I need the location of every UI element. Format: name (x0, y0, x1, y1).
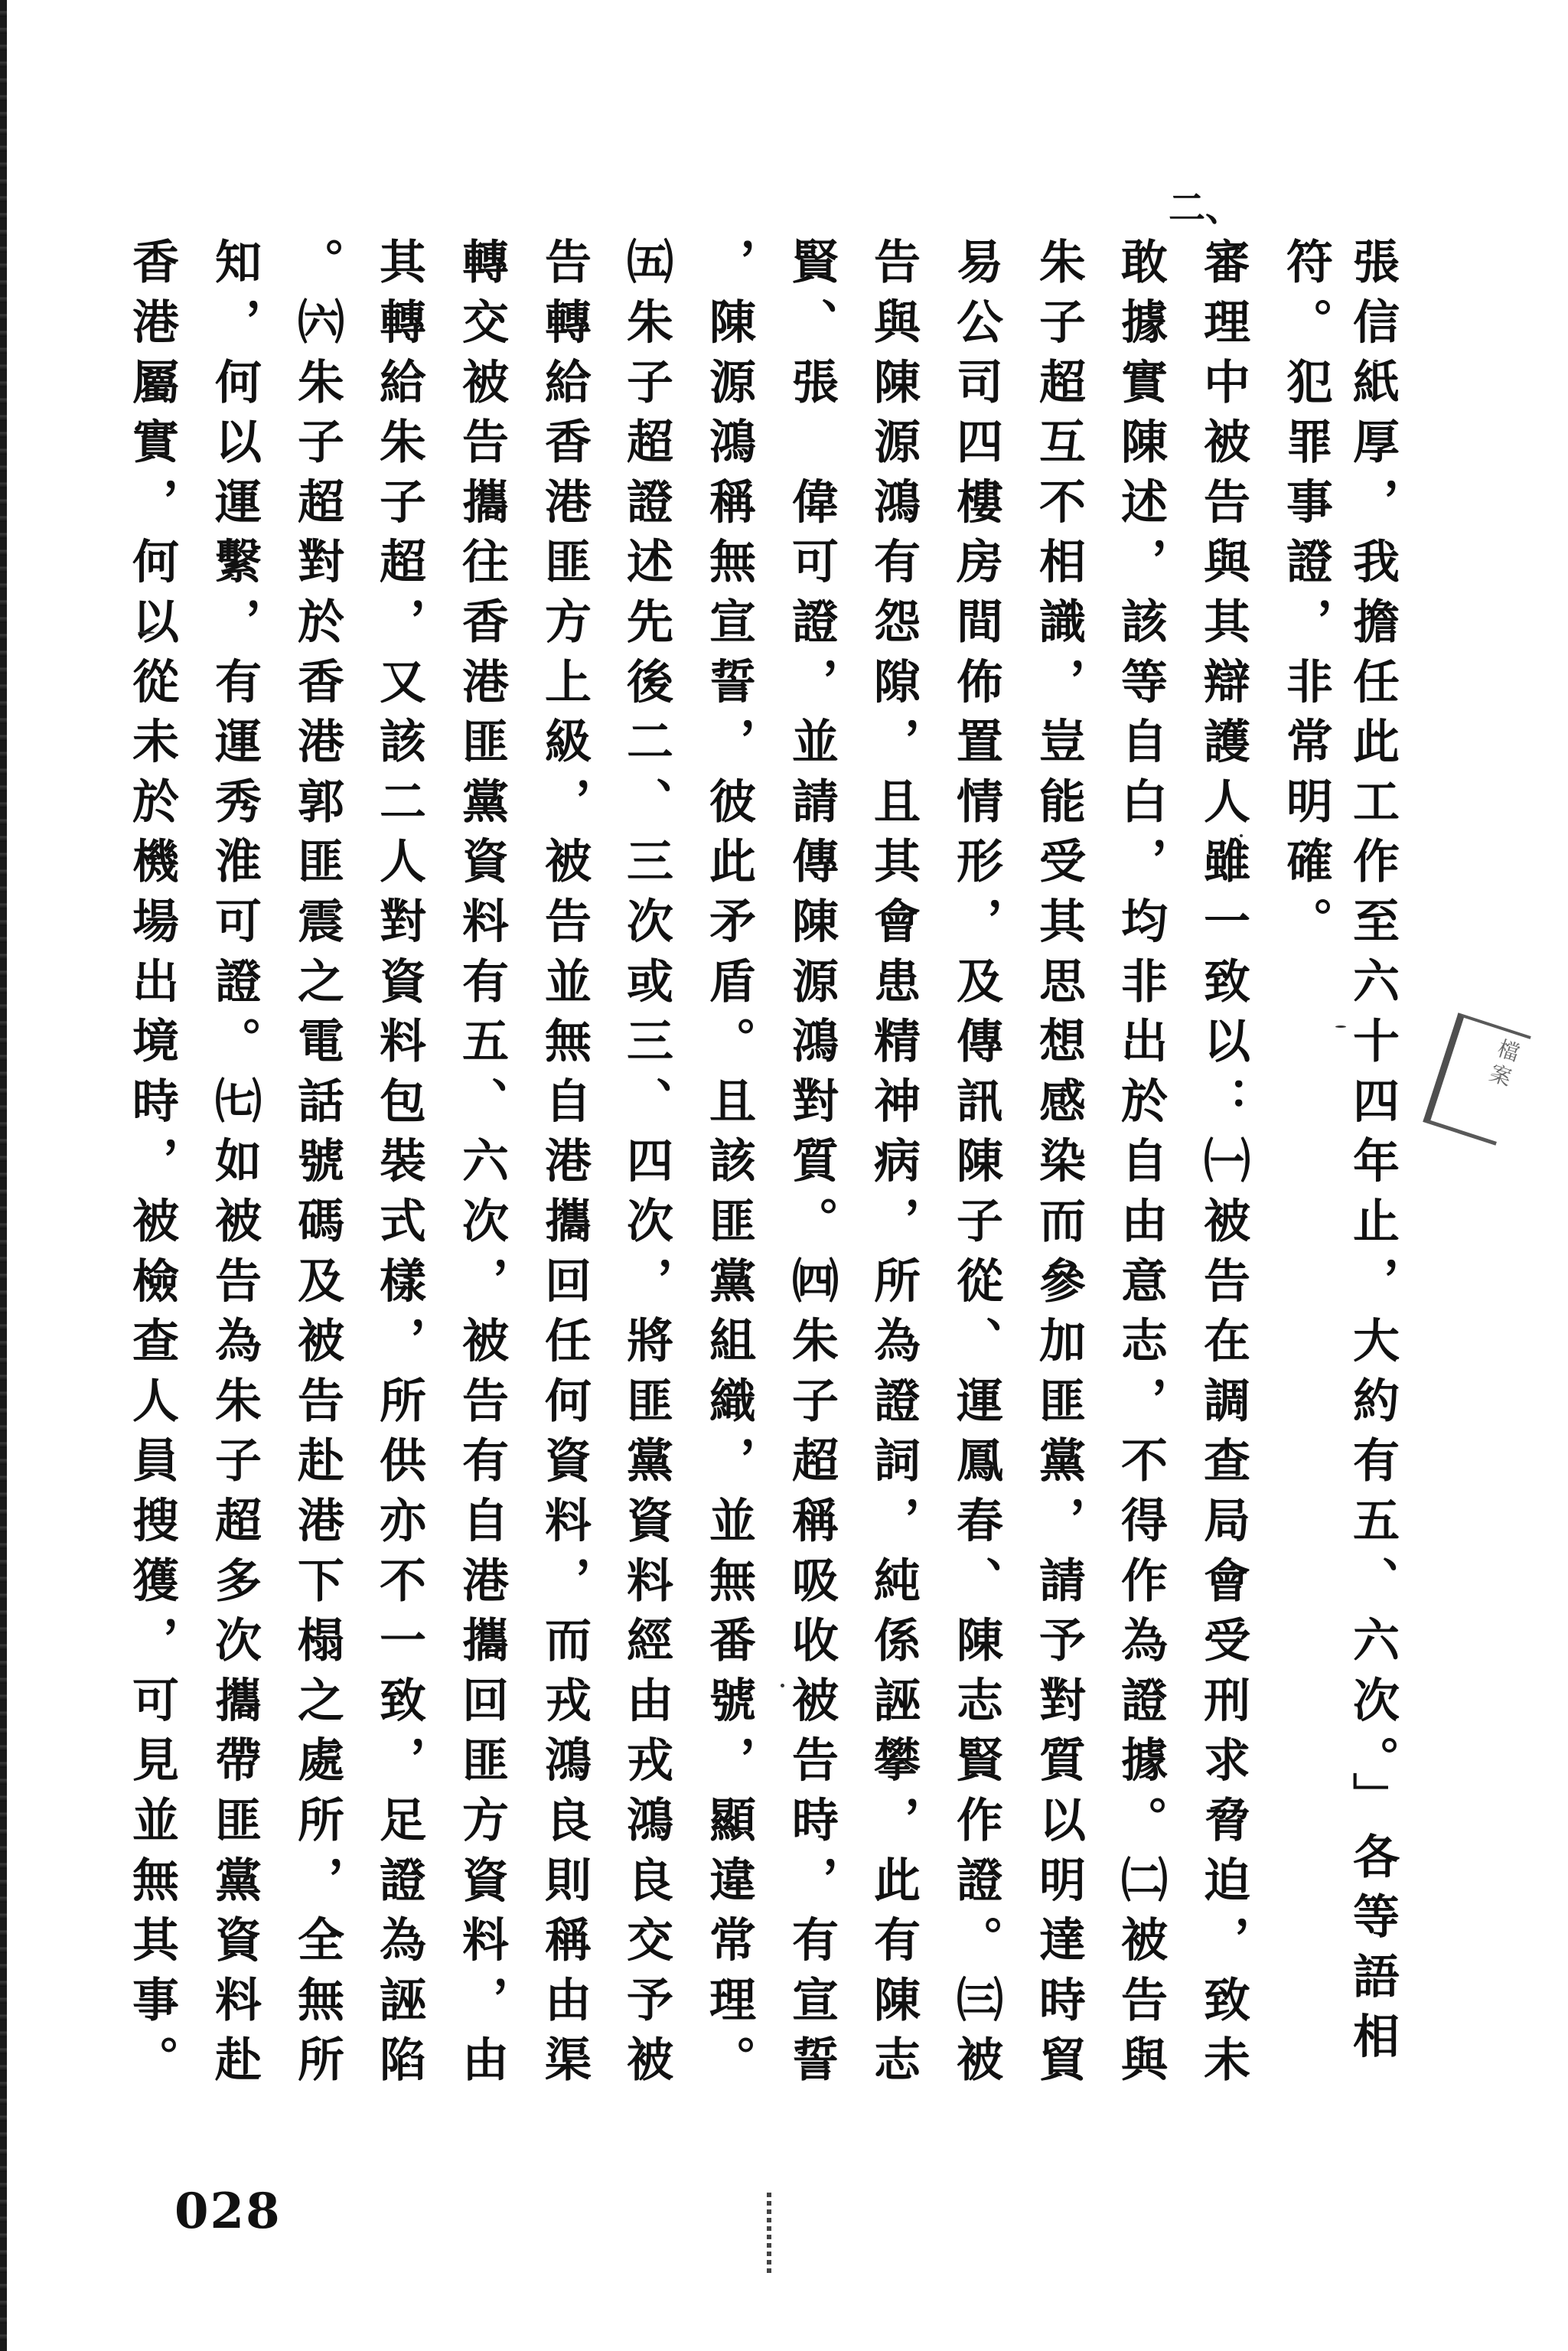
document-body: 張信紙厚，我擔任此工作至六十四年止，大約有五、六次。」各等語相符。犯罪事證，非常… (0, 237, 1568, 2112)
text-column: 審理中被告與其辯護人雖一致以：㈠被告在調查局會受刑求脅迫，致未 (1192, 237, 1253, 2095)
text-column: 。㈥朱子超對於香港郭匪震之電話號碼及被告赴港下榻之處所，全無所 (286, 237, 347, 2095)
text-column: 朱子超互不相識，豈能受其思想感染而參加匪黨，請予對質以明達時貿 (1028, 237, 1089, 2095)
text-column: 告轉給香港匪方上級，被告並無自港攜回任何資料，而戎鴻良則稱由渠 (533, 237, 595, 2095)
binding-mark (767, 2193, 771, 2277)
text-column: 其轉給朱子超，又該二人對資料包裝式樣，所供亦不一致，足證為誣陷 (368, 237, 429, 2095)
text-column: 符。犯罪事證，非常明確。 (1275, 237, 1336, 957)
text-column: 轉交被告攜往香港匪黨資料有五、六次，被告有自港攜回匪方資料，由 (451, 237, 512, 2095)
scan-speck (138, 631, 155, 634)
text-column: 香港屬實，何以從未於機場出境時，被檢查人員搜獲，可見並無其事。 (121, 237, 182, 2095)
scan-speck (781, 1684, 784, 1687)
text-column: 敢據實陳述，該等自白，均非出於自由意志，不得作為證據。㈡被告與 (1110, 237, 1171, 2095)
text-column: 張信紙厚，我擔任此工作至六十四年止，大約有五、六次。」各等語相 (1341, 237, 1403, 2072)
page-number: 028 (174, 2183, 282, 2240)
text-column: 賢、張 偉可證，並請傳陳源鴻對質。㈣朱子超稱吸收被告時，有宣誓 (781, 237, 842, 2095)
section-number-mark: 二、 (1169, 193, 1222, 223)
text-column: ，陳源鴻稱無宣誓，彼此矛盾。且該匪黨組織，並無番號，顯違常理。 (698, 237, 759, 2095)
text-column: 易公司四樓房間佈置情形，及傳訊陳子從、運鳳春、陳志賢作證。㈢被 (945, 237, 1006, 2095)
scan-speck (1335, 1026, 1346, 1028)
text-column: ㈤朱子超證述先後二、三次或三、四次，將匪黨資料經由戎鴻良交予被 (615, 237, 676, 2095)
text-column: 知，何以運繫，有運秀淮可證。㈦如被告為朱子超多次攜帶匪黨資料赴 (204, 237, 265, 2095)
text-column: 告與陳源鴻有怨隙，且其會患精神病，所為證詞，純係誣攀，此有陳志 (862, 237, 924, 2095)
scan-speck (1240, 834, 1243, 837)
scan-speck (1374, 360, 1378, 362)
